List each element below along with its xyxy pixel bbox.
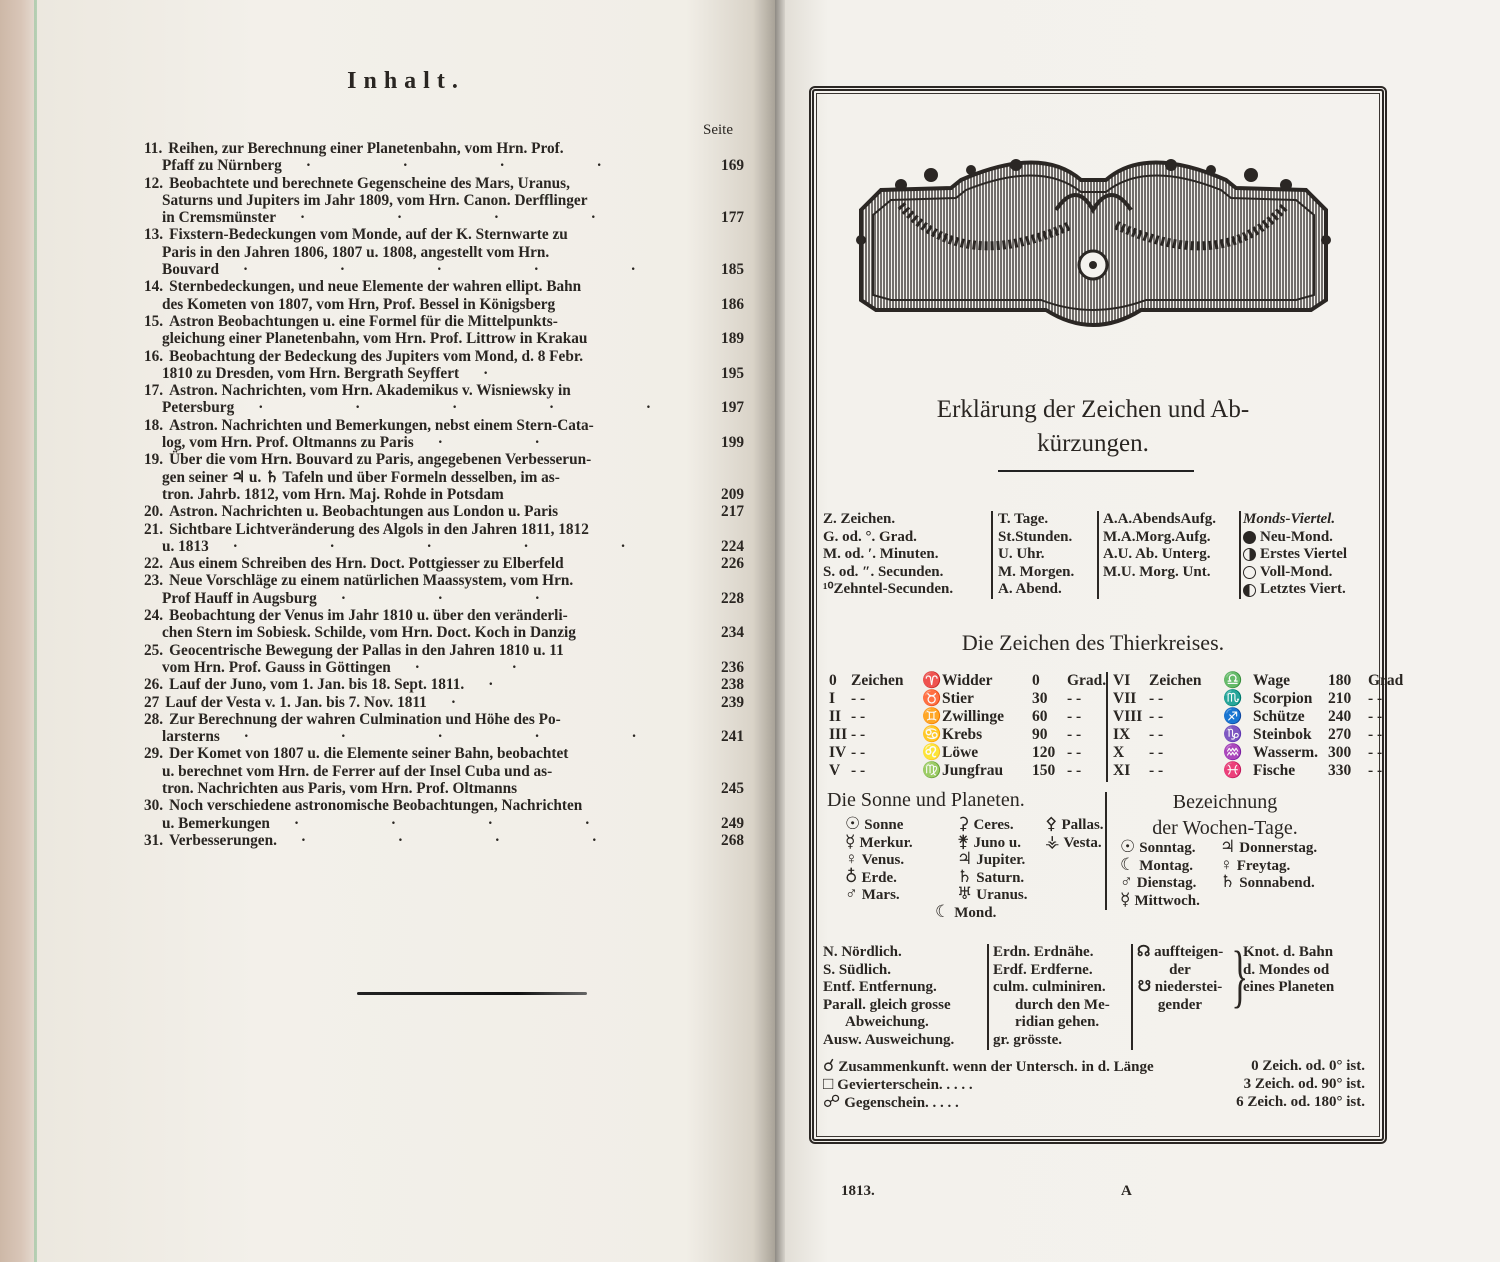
planet-name: Mars. xyxy=(862,887,900,903)
toc-entry-line: 25.Geocentrische Bewegung der Pallas in … xyxy=(144,642,704,659)
zodiac-word: - - xyxy=(1149,744,1163,762)
toc-entry-number: 13. xyxy=(144,226,163,243)
toc-entry-line: 17.Astron. Nachrichten, vom Hrn. Akademi… xyxy=(144,382,704,399)
planet-symbol-icon: ♁ xyxy=(845,867,857,886)
toc-entry-line: 27Lauf der Vesta v. 1. Jan. bis 7. Nov. … xyxy=(144,694,704,711)
leader-dots: · · · · · xyxy=(243,261,680,278)
zodiac-sign-icon: ♓ xyxy=(1223,762,1242,780)
abbreviation: Z. Zeichen. xyxy=(823,511,953,529)
toc-entry-number: 29. xyxy=(144,745,163,762)
planets-title: Die Sonne und Planeten. xyxy=(827,789,1025,812)
leader-dots: · xyxy=(451,694,500,711)
abbreviation: A.U. Ab. Unterg. xyxy=(1103,546,1216,564)
toc-page-number: 249 xyxy=(721,815,744,832)
term: Abweichung. xyxy=(823,1014,954,1032)
zodiac-sign-icon: ♈ xyxy=(922,672,941,690)
zodiac-name: Wage xyxy=(1253,672,1290,690)
weekday-symbol-icon: ♂ xyxy=(1120,872,1133,891)
toc-entry-text: Astron. Nachrichten, vom Hrn. Akademikus… xyxy=(169,382,571,399)
planet-symbol-icon: ♅ xyxy=(957,884,972,903)
weekday-symbol-icon: ♄ xyxy=(1220,872,1235,891)
book-edge xyxy=(0,0,36,1262)
toc-entry-text: Petersburg xyxy=(162,399,234,416)
toc-entry-line: 30.Noch verschiedene astronomische Beoba… xyxy=(144,797,704,814)
book-gutter xyxy=(775,0,785,1262)
moon-phase-label: Erstes Viertel xyxy=(1260,546,1347,564)
toc-entry-text: in Cremsmünster xyxy=(162,209,276,226)
zodiac-word: - - xyxy=(1149,690,1163,708)
zodiac-unit: - - xyxy=(1067,708,1081,726)
toc-entry-line: log, vom Hrn. Prof. Oltmanns zu Paris· · xyxy=(144,434,704,451)
moon-symbol-icon: ☾ xyxy=(935,902,950,921)
toc-entry-line: 1810 zu Dresden, vom Hrn. Bergrath Seyff… xyxy=(144,365,704,382)
toc-entry-line: Saturns und Jupiters im Jahr 1809, vom H… xyxy=(144,192,704,209)
ornamental-headpiece-icon xyxy=(841,150,1346,330)
toc-entry: 28.Zur Berechnung der wahren Culmination… xyxy=(144,711,744,746)
zodiac-name: Widder xyxy=(942,672,993,690)
zodiac-sign-icon: ♏ xyxy=(1223,690,1242,708)
aspect-row: ☌Zusammenkunft. wenn der Untersch. in d.… xyxy=(823,1057,1373,1075)
planet-name: Venus. xyxy=(862,852,904,868)
toc-entry-text: Lauf der Vesta v. 1. Jan. bis 7. Nov. 18… xyxy=(165,694,427,711)
column-divider xyxy=(1097,511,1099,599)
zodiac-num: I xyxy=(829,690,835,708)
toc-entry-line: 11.Reihen, zur Berechnung einer Planeten… xyxy=(144,140,704,157)
left-page: Inhalt. Seite 11.Reihen, zur Berechnung … xyxy=(37,0,775,1262)
planet-symbol-icon: ⚳ xyxy=(957,814,969,833)
toc-entry-text: u. Bemerkungen xyxy=(162,815,270,832)
zodiac-num: II xyxy=(829,708,841,726)
page-column-label: Seite xyxy=(703,122,733,139)
weekday-name: Donnerstag. xyxy=(1239,840,1317,856)
aspect-row: ☍Gegenschein. . . . .6 Zeich. od. 180° i… xyxy=(823,1093,1373,1111)
terms-column: N. Nördlich.S. Südlich.Entf. Entfernung.… xyxy=(823,944,954,1050)
zodiac-name: Fische xyxy=(1253,762,1295,780)
abbreviation: St.Stunden. xyxy=(998,529,1074,547)
moon-first-icon xyxy=(1243,548,1256,561)
toc-entry-line: 29.Der Komet von 1807 u. die Elemente se… xyxy=(144,745,704,762)
toc-entry-line: u. berechnet vom Hrn. de Ferrer auf der … xyxy=(144,763,704,780)
toc-entry-line: larsterns· · · · · xyxy=(144,728,704,745)
moon-phase: Letztes Viert. xyxy=(1243,581,1347,599)
toc-page-number: 241 xyxy=(721,728,744,745)
toc-entry-text: Über die vom Hrn. Bouvard zu Paris, ange… xyxy=(169,451,591,468)
leader-dots: · · · · · xyxy=(233,538,670,555)
zodiac-sign-icon: ♋ xyxy=(922,726,941,744)
aspect-label: Gegenschein. . . . . xyxy=(844,1095,959,1111)
leader-dots: · · · · · xyxy=(258,399,695,416)
planet-symbol-icon: ⚵ xyxy=(957,832,969,851)
toc-entry-text: Beobachtung der Venus im Jahr 1810 u. üb… xyxy=(169,607,568,624)
toc-entry-line: 18.Astron. Nachrichten und Bemerkungen, … xyxy=(144,417,704,434)
toc-page-number: 239 xyxy=(721,694,744,711)
table-of-contents: 11.Reihen, zur Berechnung einer Planeten… xyxy=(144,140,744,849)
weekday-name: Dienstag. xyxy=(1137,875,1197,891)
zodiac-sign-icon: ♑ xyxy=(1223,726,1242,744)
term: ☋ niederstei- xyxy=(1137,979,1223,997)
toc-entry-text: des Kometen von 1807, vom Hrn, Prof. Bes… xyxy=(162,296,555,313)
abbreviation: A. Abend. xyxy=(998,581,1074,599)
zodiac-title: Die Zeichen des Thierkreises. xyxy=(845,630,1341,656)
toc-entry-line: gen seiner ♃ u. ♄ Tafeln und über Formel… xyxy=(144,469,704,486)
abbreviations-col-3: A.A.AbendsAufg.M.A.Morg.Aufg.A.U. Ab. Un… xyxy=(1103,511,1216,581)
zodiac-sign-icon: ♊ xyxy=(922,708,941,726)
toc-page-number: 197 xyxy=(721,399,744,416)
column-divider xyxy=(1106,672,1108,782)
toc-entry-line: u. 1813· · · · · xyxy=(144,538,704,555)
toc-entry-text: 1810 zu Dresden, vom Hrn. Bergrath Seyff… xyxy=(162,365,459,382)
zodiac-unit: - - xyxy=(1067,744,1081,762)
toc-entry: 30.Noch verschiedene astronomische Beoba… xyxy=(144,797,744,832)
abbreviations-col-1: Z. Zeichen.G. od. °. Grad.M. od. ′. Minu… xyxy=(823,511,953,599)
toc-entry-text: Beobachtung der Bedeckung des Jupiters v… xyxy=(169,348,583,365)
term: eines Planeten xyxy=(1243,979,1334,997)
planet-symbol-icon: ♃ xyxy=(957,849,972,868)
toc-entry-number: 11. xyxy=(144,140,162,157)
aspect-value: 3 Zeich. od. 90° ist. xyxy=(1244,1075,1365,1093)
toc-entry-text: Astron. Nachrichten u. Beobachtungen aus… xyxy=(169,503,558,520)
planet-name: Erde. xyxy=(861,870,896,886)
toc-entry-text: Verbesserungen. xyxy=(169,832,277,849)
toc-page-number: 169 xyxy=(721,157,744,174)
toc-entry-text: Astron. Nachrichten und Bemerkungen, neb… xyxy=(169,417,594,434)
aspect-label: Gevierterschein. . . . . xyxy=(837,1077,972,1093)
weekday-name: Freytag. xyxy=(1237,858,1290,874)
zodiac-name: Wasserm. xyxy=(1253,744,1318,762)
planet-name: Saturn. xyxy=(976,870,1024,886)
aspect-symbol-icon: □ xyxy=(823,1074,833,1093)
toc-entry-number: 24. xyxy=(144,607,163,624)
planet-symbol-icon: ☉ xyxy=(845,814,860,833)
toc-entry-text: u. berechnet vom Hrn. de Ferrer auf der … xyxy=(162,763,552,780)
aspect-row: □Gevierterschein. . . . .3 Zeich. od. 90… xyxy=(823,1075,1373,1093)
zodiac-num: XI xyxy=(1113,762,1130,780)
term: Erdn. Erdnähe. xyxy=(993,944,1110,962)
zodiac-deg: 30 xyxy=(1032,690,1048,708)
terms-column: Erdn. Erdnähe.Erdf. Erdferne.culm. culmi… xyxy=(993,944,1110,1050)
zodiac-name: Löwe xyxy=(942,744,978,762)
toc-entry-number: 21. xyxy=(144,521,163,538)
term: S. Südlich. xyxy=(823,962,954,980)
toc-page-number: 236 xyxy=(721,659,744,676)
column-divider xyxy=(1105,792,1107,910)
toc-entry-text: u. 1813 xyxy=(162,538,209,555)
moon-phases: Monds-Viertel. Neu-Mond.Erstes ViertelVo… xyxy=(1243,511,1347,599)
zodiac-deg: 210 xyxy=(1328,690,1351,708)
zodiac-unit: - - xyxy=(1067,690,1081,708)
toc-entry-text: Lauf der Juno, vom 1. Jan. bis 18. Sept.… xyxy=(169,676,464,693)
zodiac-deg: 0 xyxy=(1032,672,1040,690)
toc-entry-text: Prof Hauff in Augsburg xyxy=(162,590,317,607)
planet-name: Pallas. xyxy=(1061,817,1103,833)
toc-entry-line: 28.Zur Berechnung der wahren Culmination… xyxy=(144,711,704,728)
planet-name: Uranus. xyxy=(976,887,1027,903)
zodiac-unit: - - xyxy=(1368,762,1382,780)
zodiac-unit: - - xyxy=(1368,690,1382,708)
zodiac-num: X xyxy=(1113,744,1124,762)
term: N. Nördlich. xyxy=(823,944,954,962)
toc-entry: 21.Sichtbare Lichtveränderung des Algols… xyxy=(144,521,744,556)
toc-entry-text: Pfaff zu Nürnberg xyxy=(162,157,282,174)
toc-entry-line: 23.Neue Vorschläge zu einem natürlichen … xyxy=(144,572,704,589)
term: Parall. gleich grosse xyxy=(823,997,954,1015)
toc-entry: 20.Astron. Nachrichten u. Beobachtungen … xyxy=(144,503,744,520)
planet-name: Vesta. xyxy=(1063,835,1101,851)
toc-entry-line: 12.Beobachtete und berechnete Gegenschei… xyxy=(144,175,704,192)
zodiac-sign-icon: ♉ xyxy=(922,690,941,708)
weekdays-title-line-1: Bezeichnung xyxy=(1115,789,1335,815)
section-title: Erklärung der Zeichen und Ab- kürzungen. xyxy=(845,393,1341,461)
toc-entry: 31.Verbesserungen.· · · ·268 xyxy=(144,832,744,849)
planet-entry: ⚶Vesta. xyxy=(1045,833,1102,853)
section-rule xyxy=(357,992,587,995)
weekday-symbol-icon: ♀ xyxy=(1220,855,1233,874)
leader-dots: · · · · · xyxy=(244,728,681,745)
zodiac-num: IX xyxy=(1113,726,1130,744)
abbreviations-col-2: T. Tage.St.Stunden.U. Uhr.M. Morgen.A. A… xyxy=(998,511,1074,599)
aspect-symbol-icon: ☍ xyxy=(823,1092,840,1111)
aspects-table: ☌Zusammenkunft. wenn der Untersch. in d.… xyxy=(823,1057,1373,1111)
abbreviation: M. od. ′. Minuten. xyxy=(823,546,953,564)
term: durch den Me- xyxy=(993,997,1110,1015)
toc-page-number: 226 xyxy=(721,555,744,572)
toc-entry-line: 31.Verbesserungen.· · · · xyxy=(144,832,704,849)
leader-dots: · xyxy=(488,676,537,693)
toc-entry: 17.Astron. Nachrichten, vom Hrn. Akademi… xyxy=(144,382,744,417)
moon-last-icon xyxy=(1243,584,1256,597)
toc-entry-line: u. Bemerkungen· · · · xyxy=(144,815,704,832)
term: Knot. d. Bahn xyxy=(1243,944,1334,962)
abbreviation: A.A.AbendsAufg. xyxy=(1103,511,1216,529)
term: der xyxy=(1137,962,1223,980)
toc-entry-number: 22. xyxy=(144,555,163,572)
weekday-name: Sonnabend. xyxy=(1239,875,1314,891)
abbreviation: G. od. °. Grad. xyxy=(823,529,953,547)
toc-entry-line: Pfaff zu Nürnberg· · · · xyxy=(144,157,704,174)
right-page: Erklärung der Zeichen und Ab- kürzungen.… xyxy=(785,0,1500,1262)
moon-phase: Neu-Mond. xyxy=(1243,529,1347,547)
planet-name: Juno u. xyxy=(973,835,1021,851)
toc-entry: 19.Über die vom Hrn. Bouvard zu Paris, a… xyxy=(144,451,744,503)
toc-entry: 12.Beobachtete und berechnete Gegenschei… xyxy=(144,175,744,227)
term: ☊ auffteigen- xyxy=(1137,944,1223,962)
toc-page-number: 228 xyxy=(721,590,744,607)
leader-dots: · xyxy=(483,365,532,382)
toc-entry-line: 26.Lauf der Juno, vom 1. Jan. bis 18. Se… xyxy=(144,676,704,693)
footer-signature: A xyxy=(1121,1183,1132,1200)
toc-entry-line: 20.Astron. Nachrichten u. Beobachtungen … xyxy=(144,503,704,520)
weekday-symbol-icon: ☿ xyxy=(1120,890,1130,909)
toc-page-number: 234 xyxy=(721,624,744,641)
toc-entry-number: 18. xyxy=(144,417,163,434)
column-divider xyxy=(1239,511,1241,599)
toc-entry-text: Neue Vorschläge zu einem natürlichen Maa… xyxy=(169,572,573,589)
toc-entry-number: 15. xyxy=(144,313,163,330)
weekday-symbol-icon: ☉ xyxy=(1120,837,1135,856)
zodiac-sign-icon: ♒ xyxy=(1223,744,1242,762)
leader-dots: · · · · xyxy=(306,157,646,174)
term: gr. grösste. xyxy=(993,1032,1110,1050)
zodiac-deg: 240 xyxy=(1328,708,1351,726)
toc-entry-text: log, vom Hrn. Prof. Oltmanns zu Paris xyxy=(162,434,414,451)
abbreviation: M.A.Morg.Aufg. xyxy=(1103,529,1216,547)
column-divider xyxy=(991,511,993,599)
toc-entry-line: 21.Sichtbare Lichtveränderung des Algols… xyxy=(144,521,704,538)
toc-entry-number: 19. xyxy=(144,451,163,468)
toc-entry-text: Sternbedeckungen, und neue Elemente der … xyxy=(169,278,581,295)
planet-name: Merkur. xyxy=(859,835,912,851)
terms-column: ☊ auffteigen-der☋ niederstei-gender xyxy=(1137,944,1223,1014)
zodiac-deg: 180 xyxy=(1328,672,1351,690)
weekdays-title: Bezeichnung der Wochen-Tage. xyxy=(1115,789,1335,841)
zodiac-unit: Grad. xyxy=(1067,672,1106,690)
toc-entry: 11.Reihen, zur Berechnung einer Planeten… xyxy=(144,140,744,175)
toc-page-number: 199 xyxy=(721,434,744,451)
leader-dots: · · xyxy=(415,659,561,676)
toc-entry-text: Noch verschiedene astronomische Beobacht… xyxy=(169,797,582,814)
toc-entry: 24.Beobachtung der Venus im Jahr 1810 u.… xyxy=(144,607,744,642)
zodiac-unit: - - xyxy=(1067,726,1081,744)
title-line-1: Erklärung der Zeichen und Ab- xyxy=(845,393,1341,427)
moon-phase-label: Letztes Viert. xyxy=(1260,581,1346,599)
weekday-name: Sonntag. xyxy=(1139,840,1195,856)
zodiac-unit: - - xyxy=(1368,744,1382,762)
toc-entry-number: 27 xyxy=(144,694,159,711)
zodiac-word: - - xyxy=(851,708,865,726)
toc-page-number: 268 xyxy=(721,832,744,849)
toc-entry-number: 30. xyxy=(144,797,163,814)
zodiac-word: Zeichen xyxy=(851,672,904,690)
toc-entry-line: Bouvard· · · · · xyxy=(144,261,704,278)
toc-entry: 26.Lauf der Juno, vom 1. Jan. bis 18. Se… xyxy=(144,676,744,693)
zodiac-name: Jungfrau xyxy=(942,762,1003,780)
toc-entry-text: Sichtbare Lichtveränderung des Algols in… xyxy=(169,521,589,538)
zodiac-word: - - xyxy=(1149,708,1163,726)
weekday-entry: ☿Mittwoch. xyxy=(1120,891,1200,911)
zodiac-deg: 60 xyxy=(1032,708,1048,726)
toc-entry-number: 17. xyxy=(144,382,163,399)
planet-symbol-icon: ⚴ xyxy=(1045,814,1057,833)
toc-entry-number: 20. xyxy=(144,503,163,520)
toc-page-number: 186 xyxy=(721,296,744,313)
term: d. Mondes od xyxy=(1243,962,1334,980)
planet-symbol-icon: ☿ xyxy=(845,832,855,851)
toc-entry-number: 25. xyxy=(144,642,163,659)
planet-name: Mond. xyxy=(954,905,996,921)
abbreviation: M. Morgen. xyxy=(998,564,1074,582)
toc-entry-text: Astron Beobachtungen u. eine Formel für … xyxy=(169,313,558,330)
planet-name: Sonne xyxy=(864,817,903,833)
title-line-2: kürzungen. xyxy=(845,427,1341,461)
toc-entry-text: larsterns xyxy=(162,728,220,745)
zodiac-word: - - xyxy=(851,726,865,744)
toc-entry-line: tron. Jahrb. 1812, vom Hrn. Maj. Rohde i… xyxy=(144,486,704,503)
moon-phase-label: Voll-Mond. xyxy=(1260,564,1332,582)
term: Erdf. Erdferne. xyxy=(993,962,1110,980)
toc-entry-line: 19.Über die vom Hrn. Bouvard zu Paris, a… xyxy=(144,451,704,468)
planet-entry: ☾Mond. xyxy=(935,903,996,923)
column-divider xyxy=(1131,944,1133,1050)
aspect-label: Zusammenkunft. wenn der Untersch. in d. … xyxy=(838,1059,1153,1075)
weekday-entry: ♄Sonnabend. xyxy=(1220,873,1315,893)
term: gender xyxy=(1137,997,1223,1015)
zodiac-word: - - xyxy=(851,744,865,762)
toc-entry-line: chen Stern im Sobiesk. Schilde, vom Hrn.… xyxy=(144,624,704,641)
toc-entry-number: 28. xyxy=(144,711,163,728)
toc-entry: 14.Sternbedeckungen, und neue Elemente d… xyxy=(144,278,744,313)
toc-entry: 16.Beobachtung der Bedeckung des Jupiter… xyxy=(144,348,744,383)
moon-phase: Erstes Viertel xyxy=(1243,546,1347,564)
toc-entry: 22.Aus einem Schreiben des Hrn. Doct. Po… xyxy=(144,555,744,572)
zodiac-deg: 120 xyxy=(1032,744,1055,762)
toc-entry-text: gleichung einer Planetenbahn, vom Hrn. P… xyxy=(162,330,587,347)
toc-page-number: 217 xyxy=(721,503,744,520)
zodiac-word: - - xyxy=(851,690,865,708)
toc-entry-text: gen seiner ♃ u. ♄ Tafeln und über Formel… xyxy=(162,469,560,486)
toc-entry-number: 12. xyxy=(144,175,163,192)
planet-symbol-icon: ♄ xyxy=(957,867,972,886)
toc-entry-line: 15.Astron Beobachtungen u. eine Formel f… xyxy=(144,313,704,330)
toc-entry: 18.Astron. Nachrichten und Bemerkungen, … xyxy=(144,417,744,452)
leader-dots: · · · · xyxy=(294,815,634,832)
toc-entry: 25.Geocentrische Bewegung der Pallas in … xyxy=(144,642,744,677)
abbreviation: M.U. Morg. Unt. xyxy=(1103,564,1216,582)
toc-entry-text: Saturns und Jupiters im Jahr 1809, vom H… xyxy=(162,192,588,209)
zodiac-name: Scorpion xyxy=(1253,690,1312,708)
toc-entry: 29.Der Komet von 1807 u. die Elemente se… xyxy=(144,745,744,797)
zodiac-deg: 90 xyxy=(1032,726,1048,744)
toc-entry: 23.Neue Vorschläge zu einem natürlichen … xyxy=(144,572,744,607)
toc-entry-text: chen Stern im Sobiesk. Schilde, vom Hrn.… xyxy=(162,624,576,641)
zodiac-num: VIII xyxy=(1113,708,1142,726)
column-divider xyxy=(987,944,989,1050)
zodiac-unit: Grad xyxy=(1368,672,1403,690)
toc-entry-text: tron. Nachrichten aus Paris, vom Hrn. Pr… xyxy=(162,780,517,797)
zodiac-name: Stier xyxy=(942,690,974,708)
toc-entry-line: des Kometen von 1807, vom Hrn, Prof. Bes… xyxy=(144,296,704,313)
toc-entry-text: Fixstern-Bedeckungen vom Monde, auf der … xyxy=(169,226,568,243)
zodiac-word: Zeichen xyxy=(1149,672,1202,690)
moon-phase: Voll-Mond. xyxy=(1243,564,1347,582)
toc-entry-line: 16.Beobachtung der Bedeckung des Jupiter… xyxy=(144,348,704,365)
toc-entry-number: 26. xyxy=(144,676,163,693)
weekday-symbol-icon: ☾ xyxy=(1120,855,1135,874)
zodiac-num: V xyxy=(829,762,840,780)
toc-entry: 13.Fixstern-Bedeckungen vom Monde, auf d… xyxy=(144,226,744,278)
toc-entry-text: Paris in den Jahren 1806, 1807 u. 1808, … xyxy=(162,244,549,261)
toc-entry-text: Bouvard xyxy=(162,261,219,278)
toc-page-number: 189 xyxy=(721,330,744,347)
toc-entry-text: Beobachtete und berechnete Gegenscheine … xyxy=(169,175,570,192)
planet-symbol-icon: ♀ xyxy=(845,849,858,868)
zodiac-num: III xyxy=(829,726,847,744)
toc-entry-text: tron. Jahrb. 1812, vom Hrn. Maj. Rohde i… xyxy=(162,486,504,503)
footer-year: 1813. xyxy=(841,1183,875,1200)
toc-page-number: 224 xyxy=(721,538,744,555)
toc-entry-number: 14. xyxy=(144,278,163,295)
toc-entry-text: vom Hrn. Prof. Gauss in Göttingen xyxy=(162,659,391,676)
toc-entry-line: vom Hrn. Prof. Gauss in Göttingen· · xyxy=(144,659,704,676)
toc-entry-line: 13.Fixstern-Bedeckungen vom Monde, auf d… xyxy=(144,226,704,243)
toc-page-number: 238 xyxy=(721,676,744,693)
toc-entry-number: 16. xyxy=(144,348,163,365)
toc-page-number: 177 xyxy=(721,209,744,226)
toc-page-number: 209 xyxy=(721,486,744,503)
term: Ausw. Ausweichung. xyxy=(823,1032,954,1050)
planet-name: Jupiter. xyxy=(976,852,1025,868)
planet-entry: ♂Mars. xyxy=(845,885,900,905)
toc-entry: 27Lauf der Vesta v. 1. Jan. bis 7. Nov. … xyxy=(144,694,744,711)
